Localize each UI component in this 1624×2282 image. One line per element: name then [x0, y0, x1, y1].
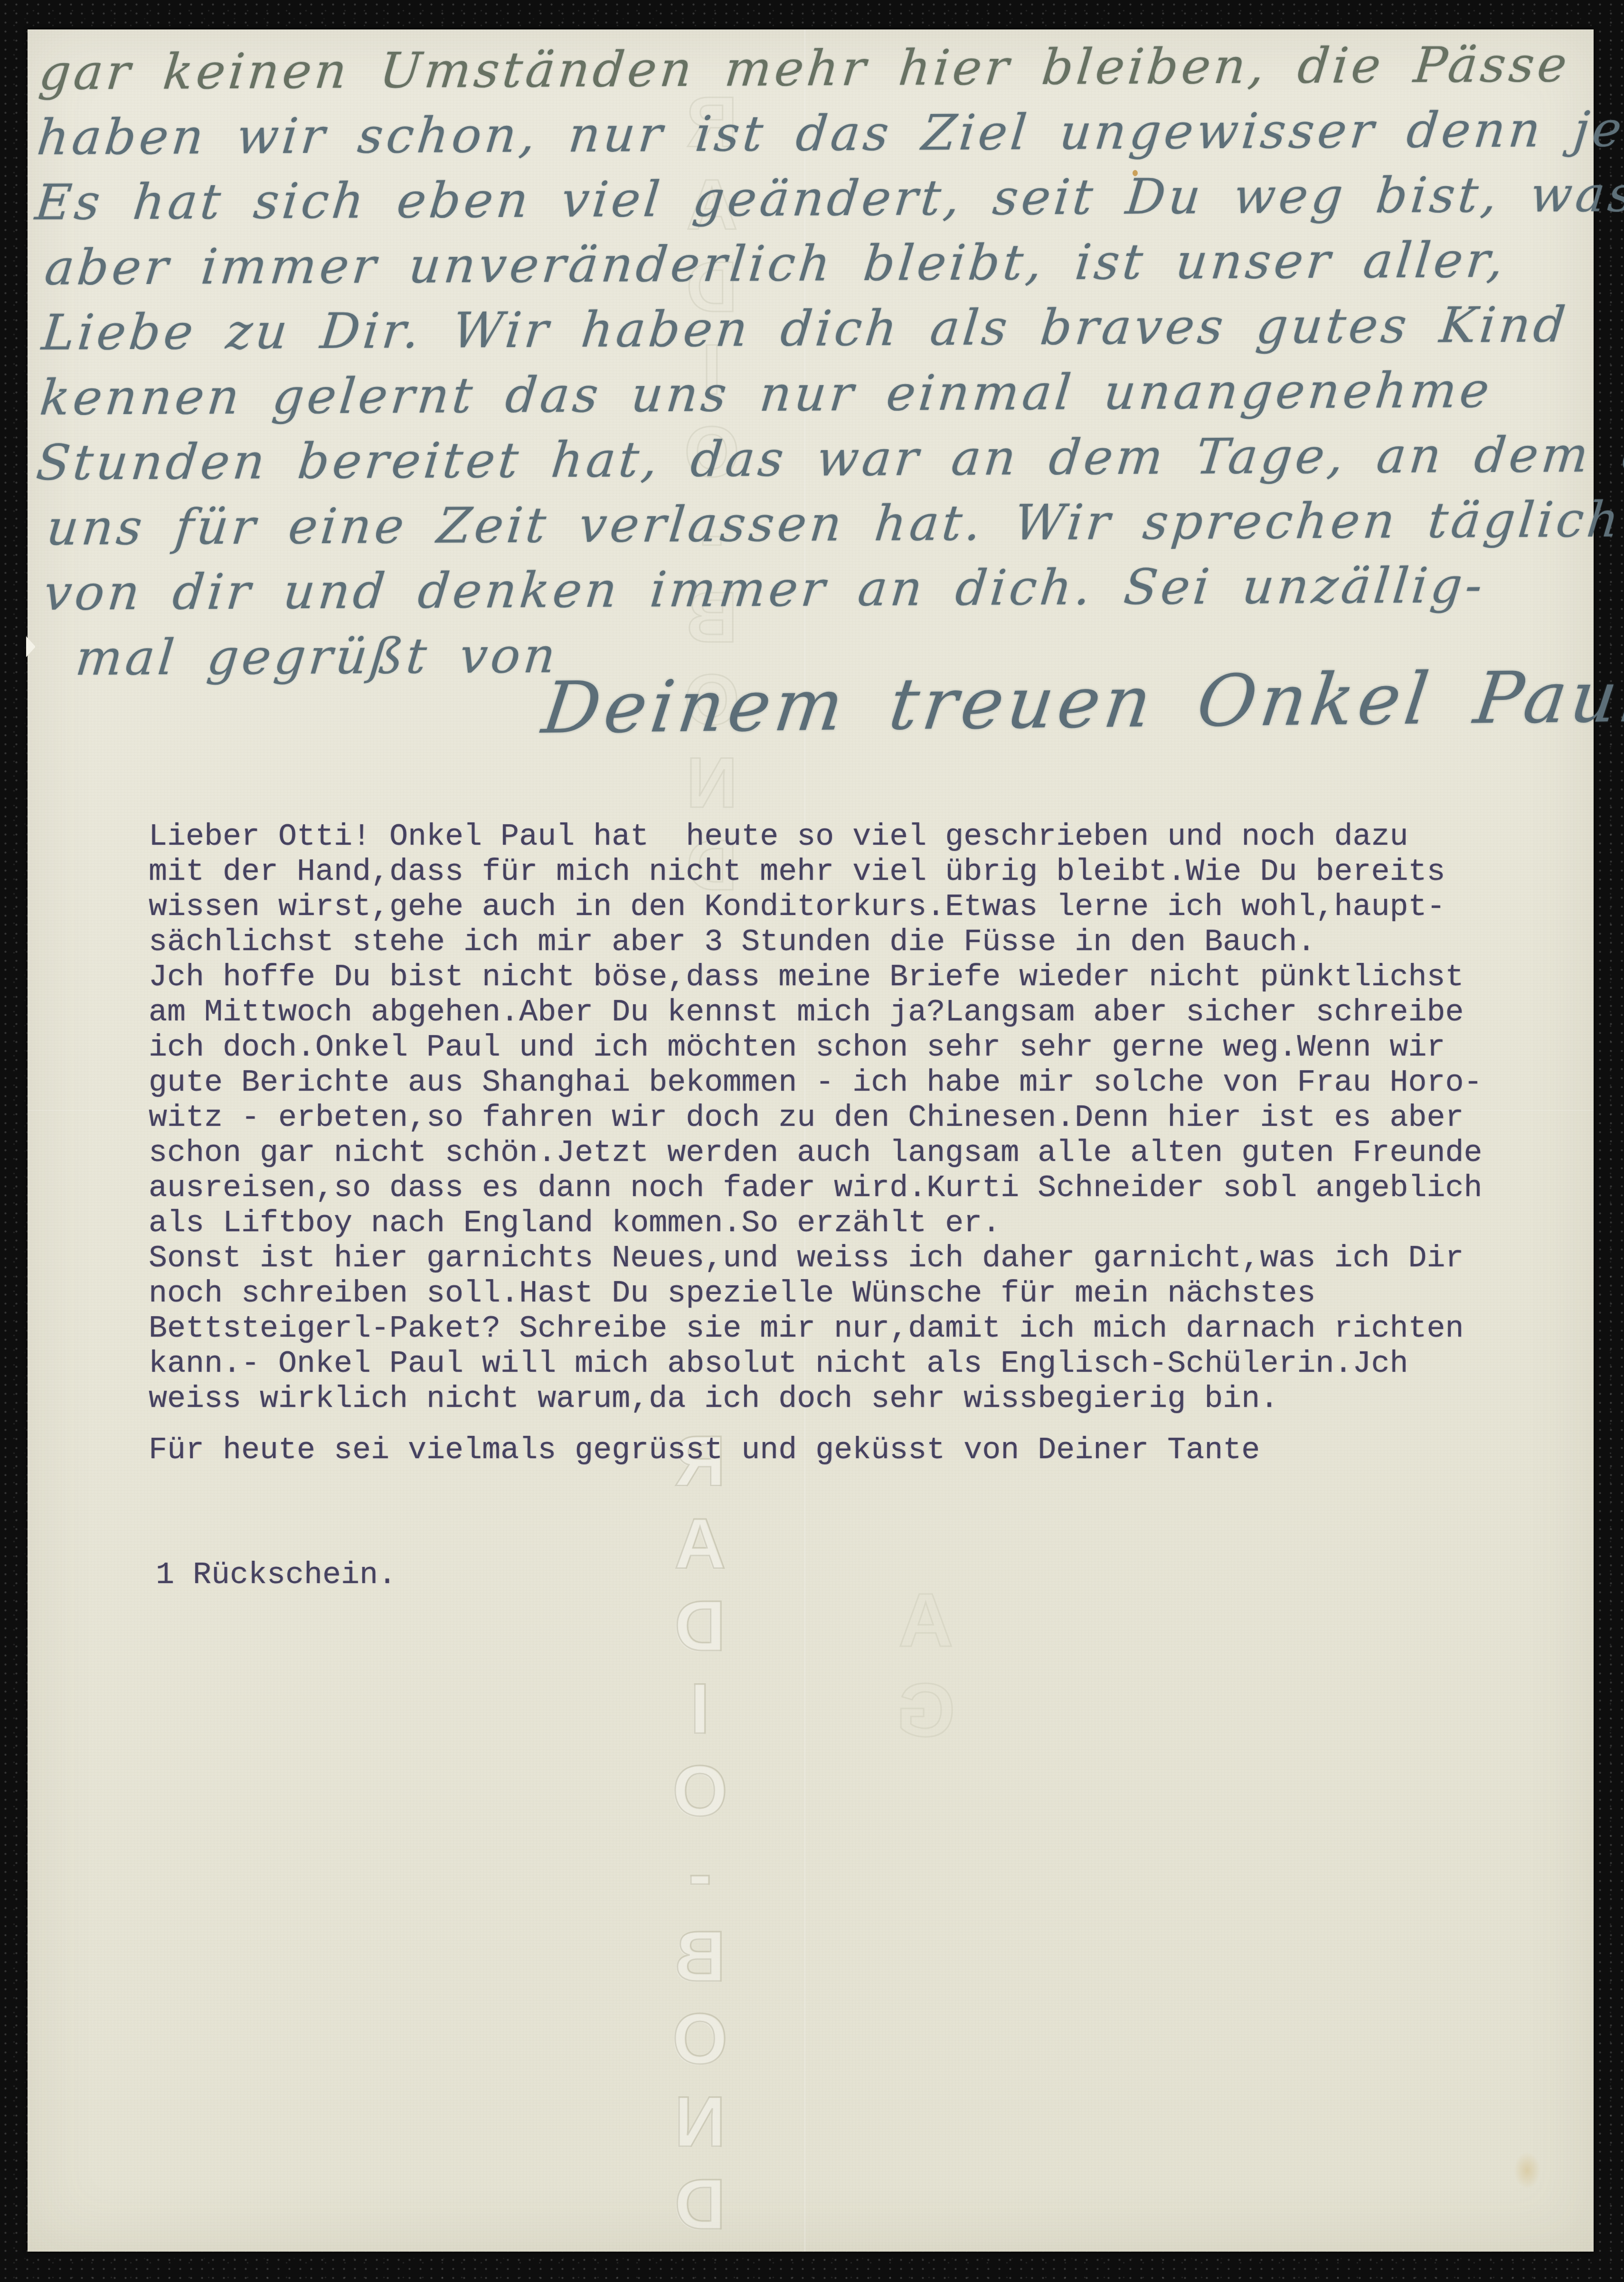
typed-line: mit der Hand,dass für mich nicht mehr vi… — [149, 854, 1568, 889]
handwritten-line: Es hat sich eben viel geändert, seit Du … — [32, 162, 1624, 236]
handwritten-line: aber immer unveränderlich bleibt, ist un… — [42, 228, 1510, 301]
typed-line: weiss wirklich nicht warum,da ich doch s… — [149, 1381, 1568, 1416]
typed-line: sächlichst stehe ich mir aber 3 Stunden … — [149, 924, 1568, 960]
typed-line: Lieber Otti! Onkel Paul hat heute so vie… — [149, 819, 1568, 854]
typed-line: ich doch.Onkel Paul und ich möchten scho… — [149, 1030, 1568, 1065]
typed-line: witz - erbeten,so fahren wir doch zu den… — [149, 1100, 1568, 1135]
typewritten-text-block: Lieber Otti! Onkel Paul hat heute so vie… — [149, 819, 1568, 1416]
typed-line: schon gar nicht schön.Jetzt werden auch … — [149, 1135, 1568, 1170]
typed-enclosure-note: 1 Rückschein. — [156, 1557, 397, 1593]
typed-line: kann.- Onkel Paul will mich absolut nich… — [149, 1346, 1568, 1381]
handwritten-line: Stunden bereitet hat, das war an dem Tag… — [33, 422, 1624, 496]
typed-line: Bettsteigerl-Paket? Schreibe sie mir nur… — [149, 1311, 1568, 1346]
handwritten-line: gar keinen Umständen mehr hier bleiben, … — [36, 32, 1573, 105]
handwritten-line: von dir und denken immer an dich. Sei un… — [41, 553, 1489, 626]
typed-line: ausreisen,so dass es dann noch fader wir… — [149, 1170, 1568, 1206]
typed-line: noch schreiben soll.Hast Du spezielle Wü… — [149, 1276, 1568, 1311]
watermark-text-side: AG — [882, 1577, 970, 1757]
handwritten-line: haben wir schon, nur ist das Ziel ungewi… — [34, 97, 1624, 170]
watermark-text-main: RADIO-BOND — [659, 1421, 741, 2247]
typed-line: wissen wirst,gehe auch in den Konditorku… — [149, 889, 1568, 924]
paper-edge-tear — [26, 636, 36, 657]
typed-line: gute Berichte aus Shanghai bekommen - ic… — [149, 1065, 1568, 1100]
typed-line: am Mittwoch abgehen.Aber Du kennst mich … — [149, 995, 1568, 1030]
letter-page: RADIO-BOND RADIO-BOND AG gar keinen Umst… — [28, 29, 1594, 2252]
typed-line: Jch hoffe Du bist nicht böse,dass meine … — [149, 960, 1568, 995]
handwritten-line: kennen gelernt das uns nur einmal unange… — [37, 358, 1495, 431]
typed-closing-line: Für heute sei vielmals gegrüsst und gekü… — [149, 1433, 1260, 1468]
handwritten-line: Liebe zu Dir. Wir haben dich als braves … — [39, 292, 1572, 366]
scanned-letter-screenshot: { "document": { "kind": "Scanned letter,… — [0, 0, 1624, 2282]
handwritten-signature: Deinem treuen Onkel Paul — [538, 657, 1624, 749]
handwritten-line: uns für eine Zeit verlassen hat. Wir spr… — [44, 488, 1624, 561]
handwritten-line: mal gegrüßt von — [73, 623, 562, 691]
typed-line: als Liftboy nach England kommen.So erzäh… — [149, 1206, 1568, 1241]
typed-line: Sonst ist hier garnichts Neues,und weiss… — [149, 1241, 1568, 1276]
paper-stain — [1514, 2152, 1540, 2189]
